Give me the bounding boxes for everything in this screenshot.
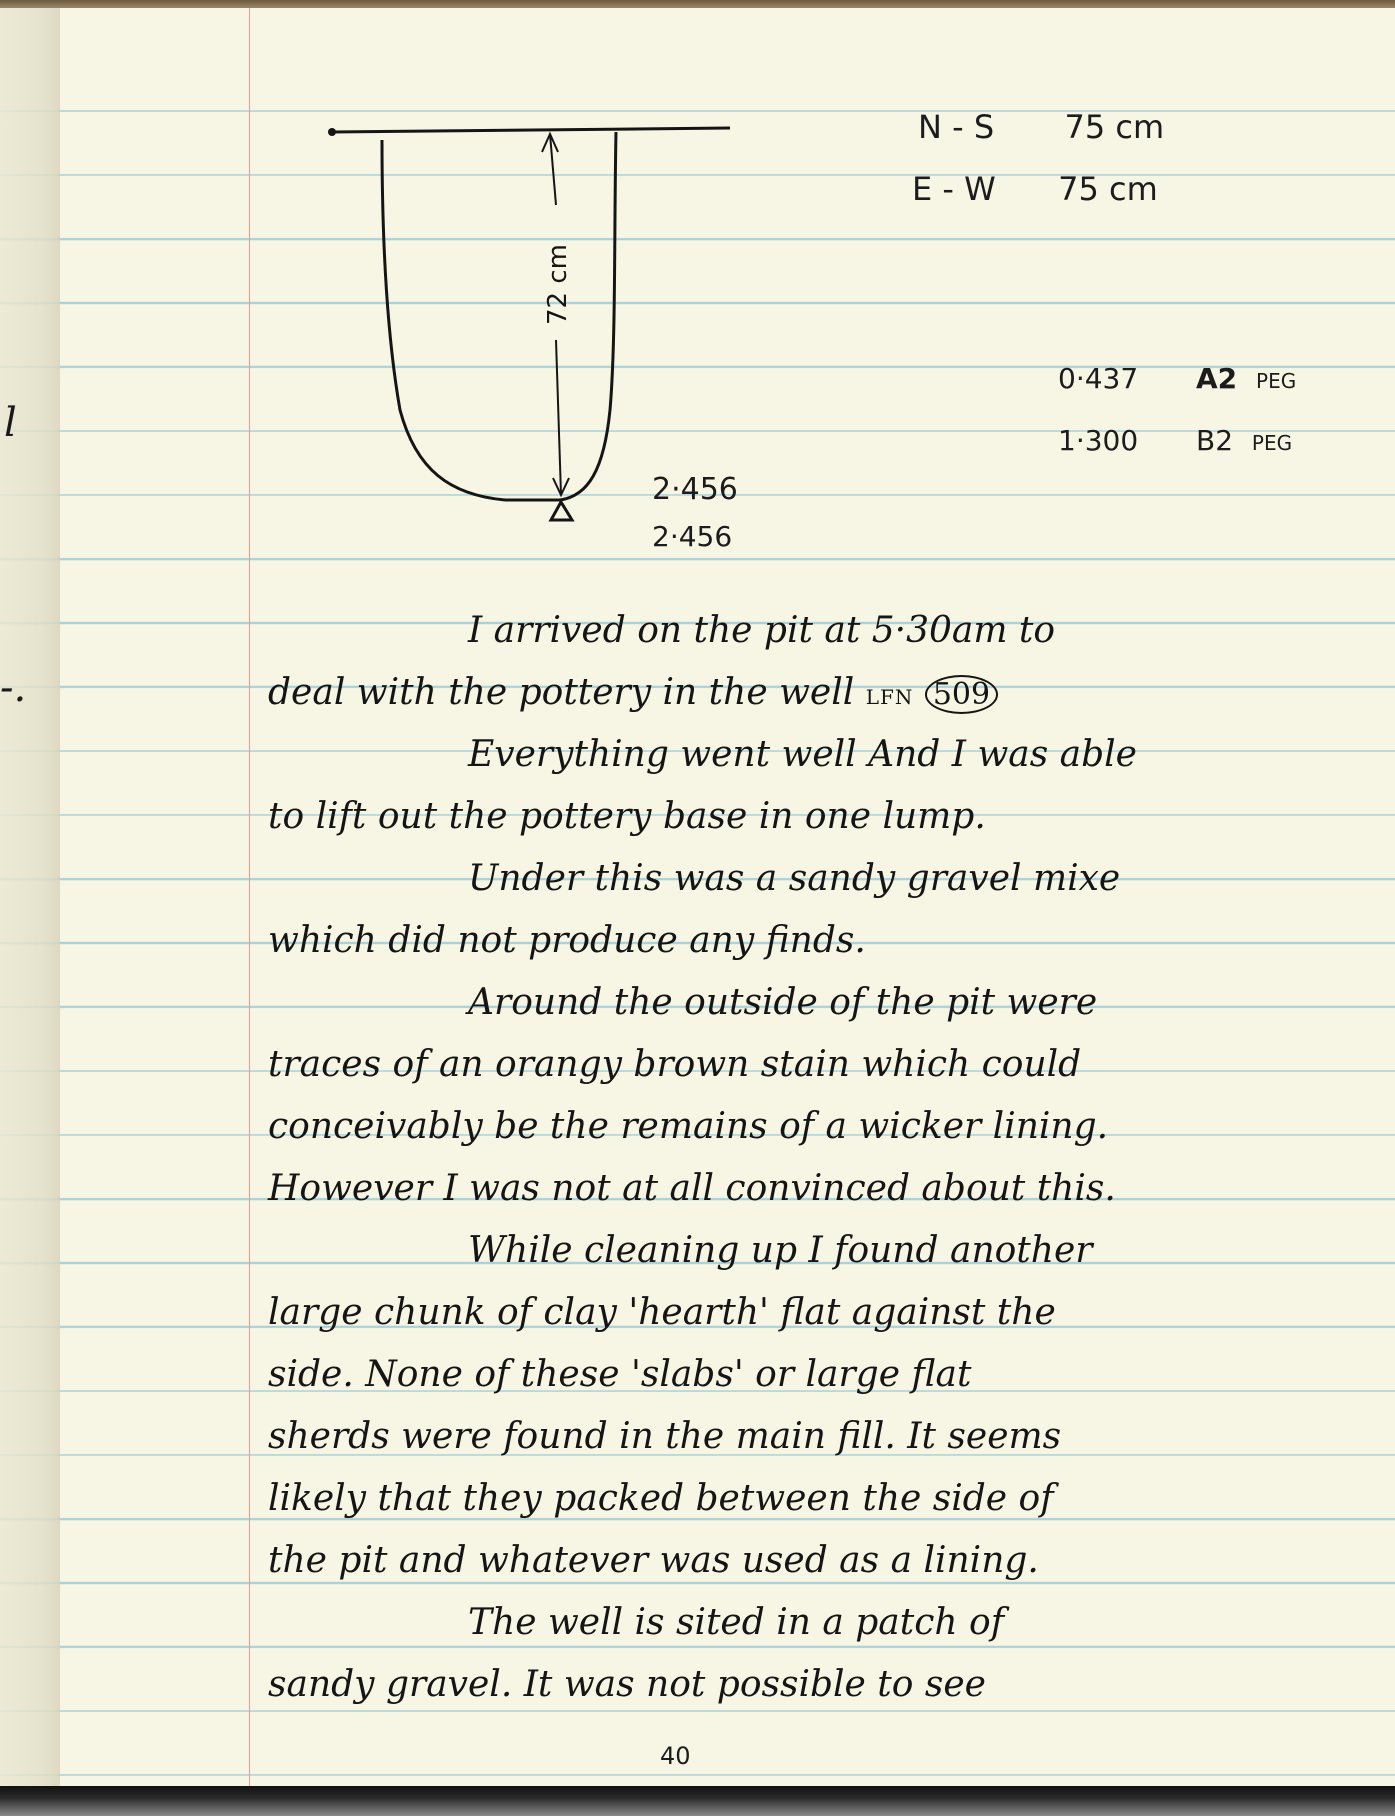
- dimension-ew: E - W 75 cm: [912, 170, 1158, 208]
- dimension-ns-label: N - S: [918, 108, 994, 146]
- note-line: I arrived on the pit at 5·30am to: [268, 610, 1368, 651]
- note-line: Around the outside of the pit were: [268, 982, 1368, 1023]
- left-page-fragment: -.: [0, 665, 26, 711]
- pit-profile: [382, 132, 616, 500]
- note-line: While cleaning up I found another: [268, 1230, 1368, 1271]
- note-line: Everything went well And I was able: [268, 734, 1368, 775]
- depth-label: 72 cm: [543, 244, 573, 325]
- ground-line: [332, 128, 730, 132]
- notebook-bottom-edge: [0, 1786, 1395, 1816]
- lfn-number-circled: 509: [925, 675, 998, 714]
- level-reading: 2·456: [652, 472, 738, 507]
- note-line: Under this was a sandy gravel mixe: [268, 858, 1368, 899]
- peg-suffix: PEG: [1252, 431, 1292, 455]
- note-line: conceivably be the remains of a wicker l…: [268, 1106, 1368, 1147]
- note-line: the pit and whatever was used as a linin…: [268, 1540, 1368, 1581]
- note-line: sandy gravel. It was not possible to see: [268, 1664, 1368, 1705]
- peg-reading-b2: 1·300 B2 PEG: [1058, 424, 1292, 457]
- margin-line: [249, 8, 250, 1788]
- note-line-text: deal with the pottery in the well: [268, 672, 854, 713]
- peg-reading-value: 0·437: [1058, 362, 1138, 395]
- note-line: which did not produce any finds.: [268, 920, 1368, 961]
- note-line: The well is sited in a patch of: [268, 1602, 1368, 1643]
- dimension-ns: N - S 75 cm: [918, 108, 1164, 146]
- left-page-fragment: l: [4, 400, 17, 446]
- lfn-tag: LFN: [866, 685, 914, 709]
- peg-reading-value: 1·300: [1058, 424, 1138, 457]
- note-line: likely that they packed between the side…: [268, 1478, 1368, 1519]
- peg-suffix: PEG: [1256, 369, 1296, 393]
- note-line: traces of an orangy brown stain which co…: [268, 1044, 1368, 1085]
- peg-id: A2: [1196, 362, 1237, 395]
- level-reading: 2·456: [652, 520, 732, 553]
- note-line: side. None of these 'slabs' or large fla…: [268, 1354, 1368, 1395]
- page-number: 40: [660, 1742, 691, 1770]
- note-line: to lift out the pottery base in one lump…: [268, 796, 1368, 837]
- dimension-ew-label: E - W: [912, 170, 996, 208]
- gutter-shadow: [0, 8, 60, 1788]
- dimension-ew-value: 75 cm: [1058, 170, 1158, 208]
- peg-reading-a2: 0·437 A2 PEG: [1058, 362, 1296, 395]
- note-line: deal with the pottery in the well LFN 50…: [268, 672, 1368, 714]
- datum-triangle-icon: [551, 502, 572, 520]
- note-line: large chunk of clay 'hearth' flat agains…: [268, 1292, 1368, 1333]
- note-line: sherds were found in the main fill. It s…: [268, 1416, 1368, 1457]
- peg-id: B2: [1196, 424, 1233, 457]
- note-line: However I was not at all convinced about…: [268, 1168, 1368, 1209]
- dimension-ns-value: 75 cm: [1064, 108, 1164, 146]
